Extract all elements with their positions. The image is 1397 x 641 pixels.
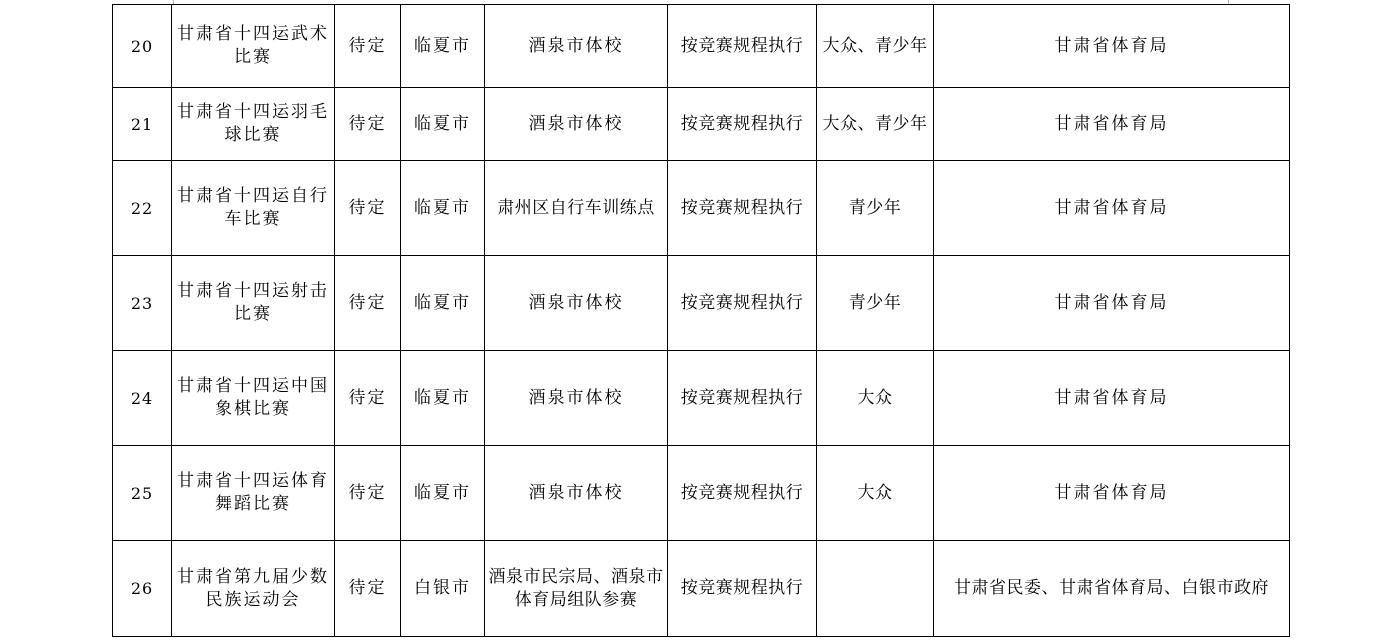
event-location: 临夏市 (401, 161, 485, 256)
event-time: 待定 (335, 256, 401, 351)
event-time: 待定 (335, 446, 401, 541)
row-number: 22 (113, 161, 172, 256)
participant-group: 大众、青少年 (817, 5, 934, 88)
table-row: 21 甘肃省十四运羽毛球比赛 待定 临夏市 酒泉市体校 按竞赛规程执行 大众、青… (113, 88, 1290, 161)
event-time: 待定 (335, 5, 401, 88)
participating-team: 酒泉市民宗局、酒泉市体育局组队参赛 (485, 541, 668, 637)
event-time: 待定 (335, 541, 401, 637)
event-name: 甘肃省十四运体育舞蹈比赛 (172, 446, 335, 541)
table-row: 22 甘肃省十四运自行车比赛 待定 临夏市 肃州区自行车训练点 按竞赛规程执行 … (113, 161, 1290, 256)
event-location: 临夏市 (401, 256, 485, 351)
participant-group: 大众 (817, 351, 934, 446)
participating-team: 酒泉市体校 (485, 446, 668, 541)
participant-group: 大众、青少年 (817, 88, 934, 161)
participating-team: 酒泉市体校 (485, 351, 668, 446)
event-schedule-table: 20 甘肃省十四运武术比赛 待定 临夏市 酒泉市体校 按竞赛规程执行 大众、青少… (112, 4, 1290, 637)
host-organization: 甘肃省体育局 (934, 256, 1290, 351)
table-row: 23 甘肃省十四运射击比赛 待定 临夏市 酒泉市体校 按竞赛规程执行 青少年 甘… (113, 256, 1290, 351)
host-organization: 甘肃省体育局 (934, 351, 1290, 446)
event-name: 甘肃省十四运中国象棋比赛 (172, 351, 335, 446)
competition-rules: 按竞赛规程执行 (668, 256, 817, 351)
table-row: 26 甘肃省第九届少数民族运动会 待定 白银市 酒泉市民宗局、酒泉市体育局组队参… (113, 541, 1290, 637)
competition-rules: 按竞赛规程执行 (668, 351, 817, 446)
event-time: 待定 (335, 161, 401, 256)
participating-team: 酒泉市体校 (485, 5, 668, 88)
host-organization: 甘肃省体育局 (934, 5, 1290, 88)
participant-group: 青少年 (817, 256, 934, 351)
event-location: 临夏市 (401, 351, 485, 446)
competition-rules: 按竞赛规程执行 (668, 446, 817, 541)
table-row: 20 甘肃省十四运武术比赛 待定 临夏市 酒泉市体校 按竞赛规程执行 大众、青少… (113, 5, 1290, 88)
event-location: 临夏市 (401, 88, 485, 161)
row-number: 24 (113, 351, 172, 446)
participant-group: 青少年 (817, 161, 934, 256)
row-number: 25 (113, 446, 172, 541)
event-name: 甘肃省十四运射击比赛 (172, 256, 335, 351)
host-organization: 甘肃省体育局 (934, 161, 1290, 256)
competition-rules: 按竞赛规程执行 (668, 88, 817, 161)
table-row: 24 甘肃省十四运中国象棋比赛 待定 临夏市 酒泉市体校 按竞赛规程执行 大众 … (113, 351, 1290, 446)
row-number: 20 (113, 5, 172, 88)
participating-team: 酒泉市体校 (485, 88, 668, 161)
event-location: 临夏市 (401, 446, 485, 541)
row-number: 21 (113, 88, 172, 161)
participant-group: 大众 (817, 446, 934, 541)
competition-rules: 按竞赛规程执行 (668, 541, 817, 637)
competition-rules: 按竞赛规程执行 (668, 161, 817, 256)
host-organization: 甘肃省民委、甘肃省体育局、白银市政府 (934, 541, 1290, 637)
competition-rules: 按竞赛规程执行 (668, 5, 817, 88)
event-location: 临夏市 (401, 5, 485, 88)
event-name: 甘肃省第九届少数民族运动会 (172, 541, 335, 637)
participant-group (817, 541, 934, 637)
event-time: 待定 (335, 351, 401, 446)
participating-team: 肃州区自行车训练点 (485, 161, 668, 256)
event-name: 甘肃省十四运武术比赛 (172, 5, 335, 88)
participating-team: 酒泉市体校 (485, 256, 668, 351)
table-row: 25 甘肃省十四运体育舞蹈比赛 待定 临夏市 酒泉市体校 按竞赛规程执行 大众 … (113, 446, 1290, 541)
event-name: 甘肃省十四运羽毛球比赛 (172, 88, 335, 161)
row-number: 23 (113, 256, 172, 351)
event-name: 甘肃省十四运自行车比赛 (172, 161, 335, 256)
event-location: 白银市 (401, 541, 485, 637)
row-number: 26 (113, 541, 172, 637)
host-organization: 甘肃省体育局 (934, 446, 1290, 541)
host-organization: 甘肃省体育局 (934, 88, 1290, 161)
event-time: 待定 (335, 88, 401, 161)
